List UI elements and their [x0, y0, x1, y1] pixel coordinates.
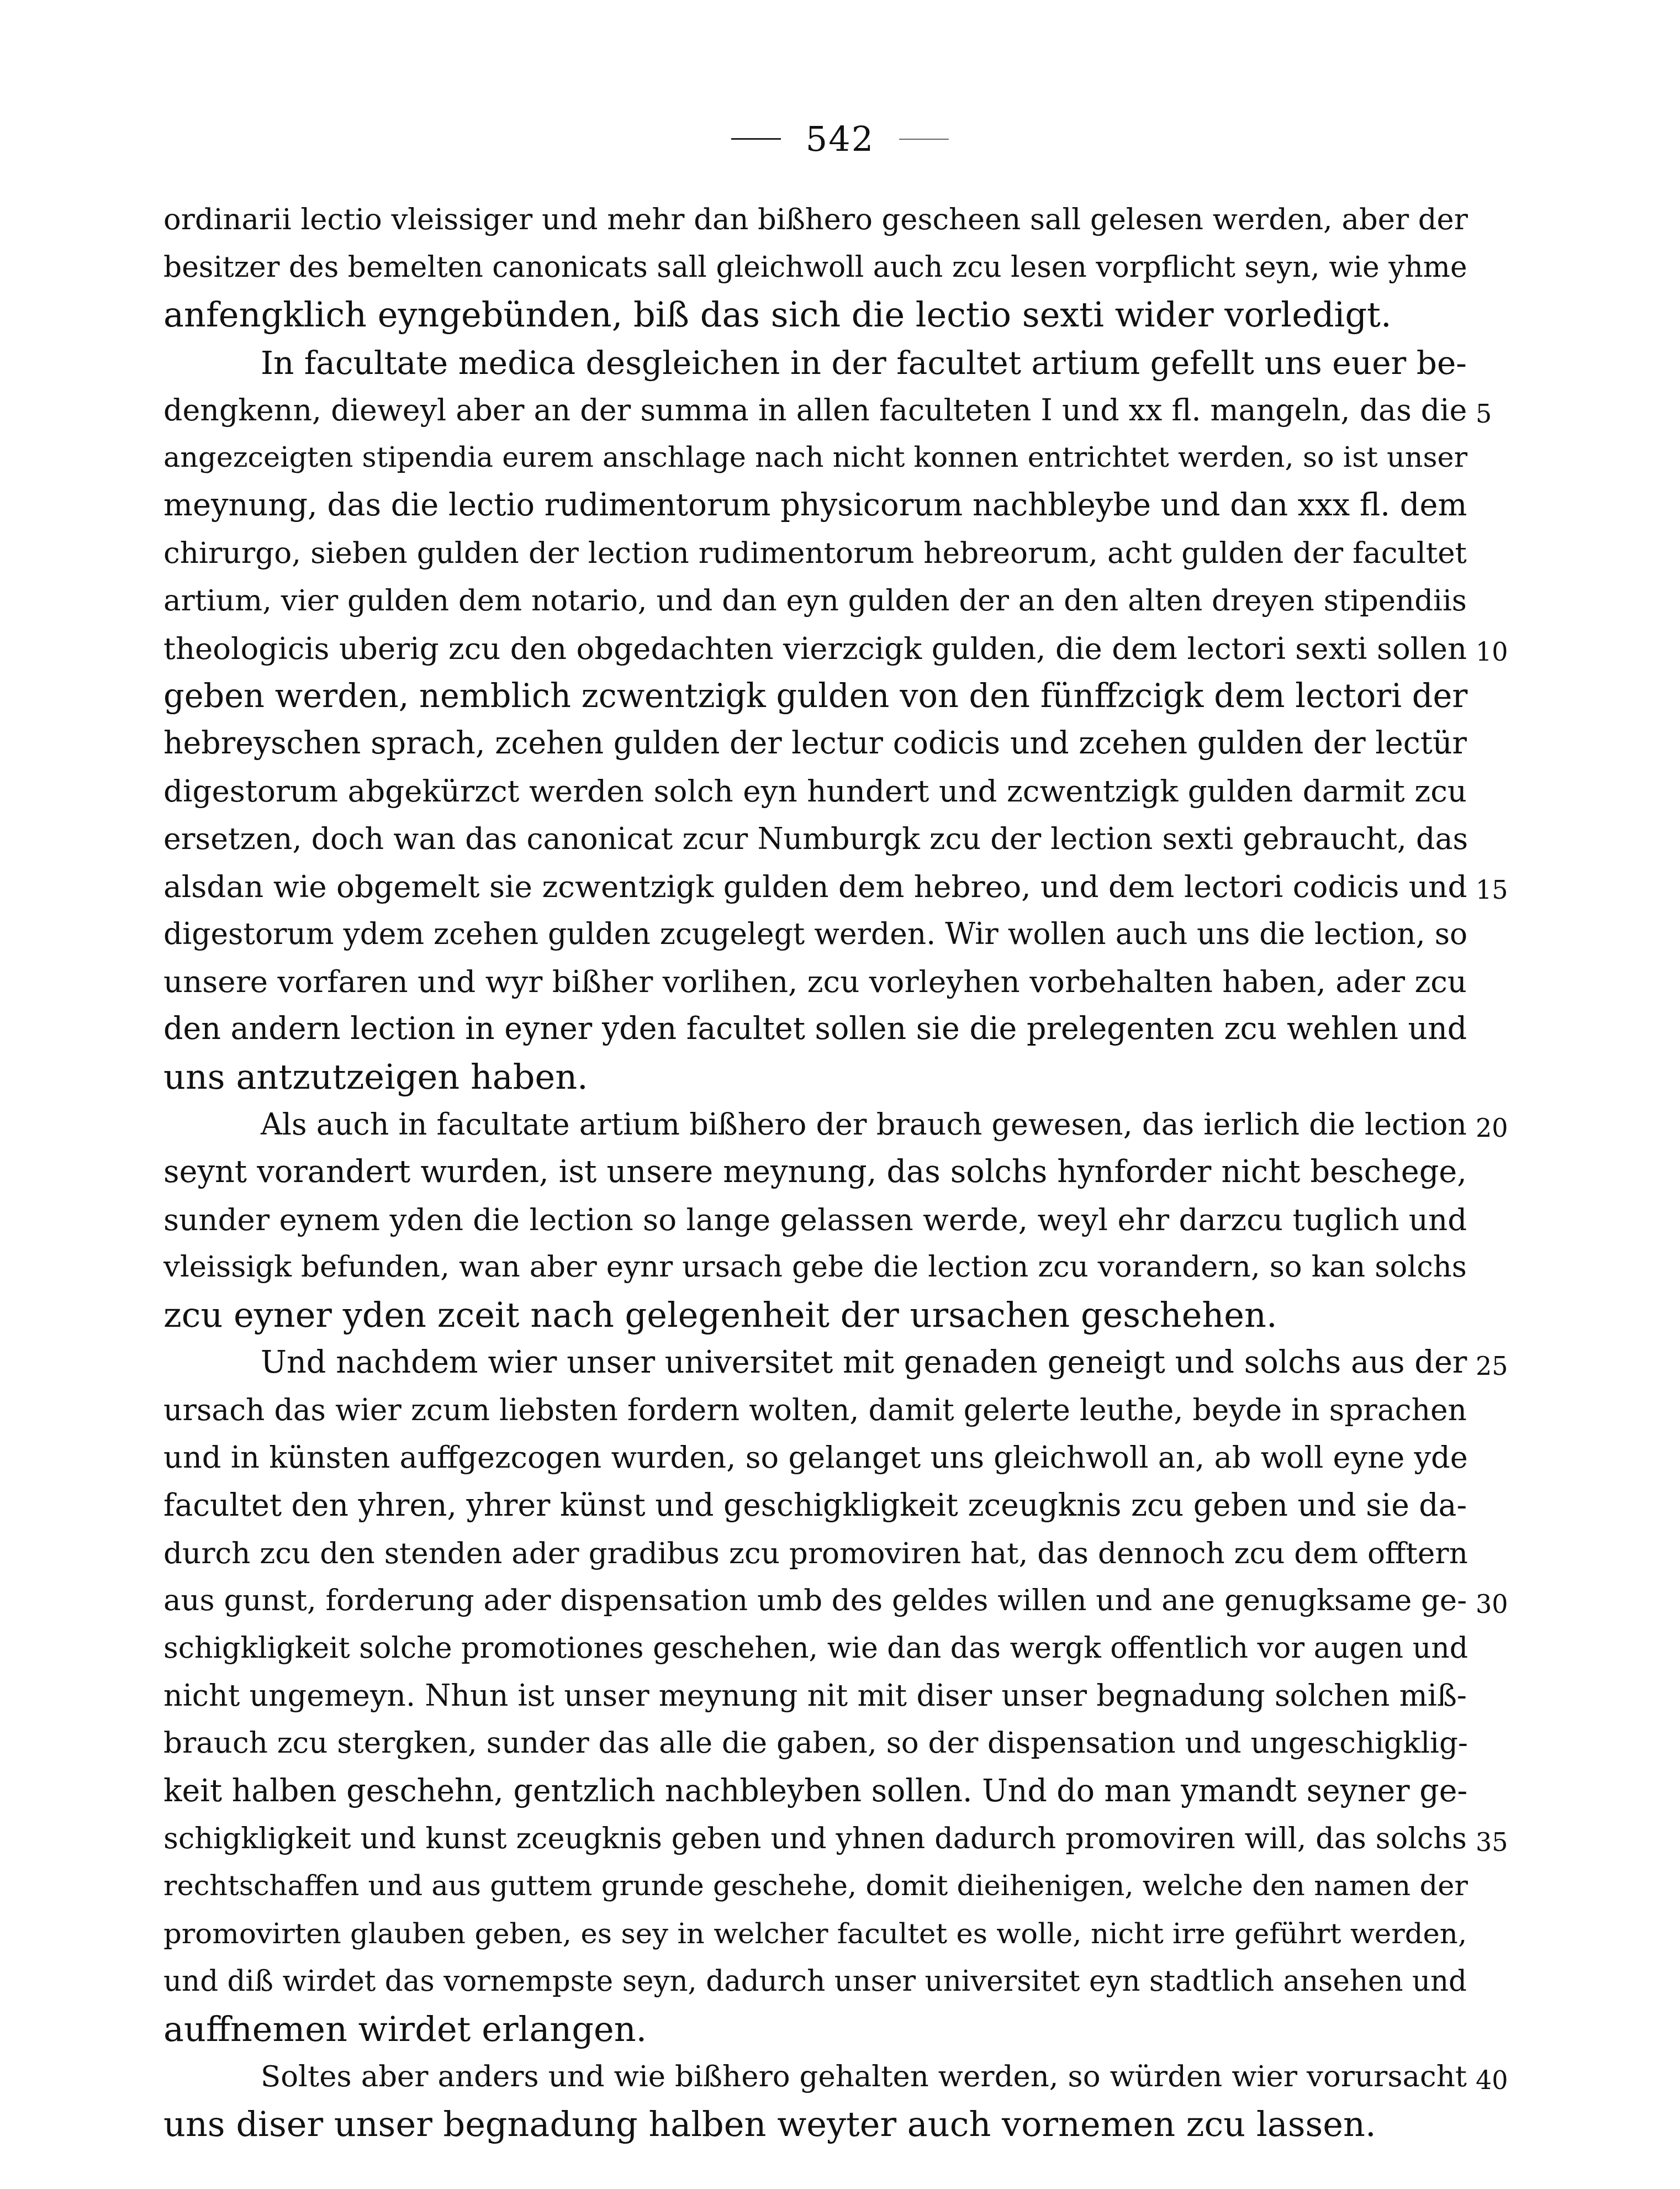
text-line: uns diser unser begnadung halben weyter …	[163, 2102, 1467, 2146]
line-number: 15	[1476, 868, 1508, 912]
text-line: In facultate medica desgleichen in der f…	[261, 341, 1467, 385]
text-line: ursach das wier zcum liebsten fordern wo…	[163, 1388, 1467, 1432]
text-line: durch zcu den stenden ader gradibus zcu …	[163, 1531, 1467, 1575]
text-line: schigkligkeit und kunst zceugknis geben …	[163, 1817, 1467, 1861]
text-line: aus gunst, forderung ader dispensation u…	[163, 1579, 1467, 1623]
text-line: und in künsten auffgezcogen wurden, so g…	[163, 1436, 1467, 1480]
text-line: Soltes aber anders und wie bißhero gehal…	[261, 2055, 1467, 2099]
text-line: sunder eynem yden die lection so lange g…	[163, 1198, 1467, 1242]
text-line: chirurgo, sieben gulden der lection rudi…	[163, 531, 1467, 575]
text-line: Und nachdem wier unser universitet mit g…	[261, 1341, 1467, 1385]
line-number: 20	[1476, 1106, 1508, 1150]
text-line: nicht ungemeyn. Nhun ist unser meynung n…	[163, 1674, 1467, 1718]
text-line: schigkligkeit solche promotiones gescheh…	[163, 1626, 1467, 1670]
text-line: und diß wirdet das vornempste seyn, dadu…	[163, 1959, 1467, 2003]
text-line: angezceigten stipendia eurem anschlage n…	[163, 436, 1467, 480]
text-line: Als auch in facultate artium bißhero der…	[261, 1103, 1467, 1147]
text-line: alsdan wie obgemelt sie zcwentzigk gulde…	[163, 864, 1467, 909]
text-line: promovirten glauben geben, es sey in wel…	[163, 1912, 1467, 1956]
header-rule-right	[899, 139, 949, 140]
page-number: 542	[806, 119, 874, 159]
text-line: anfengklich eyngebünden, biß das sich di…	[163, 293, 1467, 337]
text-line: meynung, das die lectio rudimentorum phy…	[163, 483, 1467, 528]
text-line: unsere vorfaren und wyr bißher vorlihen,…	[163, 959, 1467, 1004]
page-header: 542	[0, 119, 1680, 159]
text-line: zcu eyner yden zceit nach gelegenheit de…	[163, 1293, 1467, 1337]
text-line: keit halben geschehn, gentzlich nachbley…	[163, 1769, 1467, 1813]
text-line: besitzer des bemelten canonicats sall gl…	[163, 245, 1467, 289]
line-number: 25	[1476, 1344, 1508, 1388]
text-line: digestorum abgekürzct werden solch eyn h…	[163, 769, 1467, 813]
text-line: rechtschaffen und aus guttem grunde gesc…	[163, 1864, 1467, 1908]
text-line: seynt vorandert wurden, ist unsere meynu…	[163, 1150, 1467, 1194]
text-line: facultet den yhren, yhrer künst und gesc…	[163, 1483, 1467, 1527]
text-line: ersetzen, doch wan das canonicat zcur Nu…	[163, 817, 1467, 861]
text-line: uns antzutzeigen haben.	[163, 1055, 1467, 1099]
text-line: theologicis uberig zcu den obgedachten v…	[163, 626, 1467, 671]
text-line: den andern lection in eyner yden faculte…	[163, 1007, 1467, 1051]
line-number: 35	[1476, 1820, 1508, 1864]
text-line: dengkenn, dieweyl aber an der summa in a…	[163, 388, 1467, 432]
text-line: auffnemen wirdet erlangen.	[163, 2007, 1467, 2051]
text-line: geben werden, nemblich zcwentzigk gulden…	[163, 674, 1467, 718]
line-number: 40	[1476, 2058, 1508, 2102]
text-line: digestorum ydem zcehen gulden zcugelegt …	[163, 912, 1467, 956]
line-number: 10	[1476, 630, 1508, 674]
text-line: ordinarii lectio vleissiger und mehr dan…	[163, 198, 1467, 242]
text-line: artium, vier gulden dem notario, und dan…	[163, 579, 1467, 623]
text-line: vleissigk befunden, wan aber eynr ursach…	[163, 1245, 1467, 1289]
line-number: 5	[1476, 392, 1492, 436]
text-line: hebreyschen sprach, zcehen gulden der le…	[163, 721, 1467, 766]
line-number: 30	[1476, 1582, 1508, 1626]
header-rule-left	[731, 138, 781, 140]
text-line: brauch zcu stergken, sunder das alle die…	[163, 1721, 1467, 1765]
